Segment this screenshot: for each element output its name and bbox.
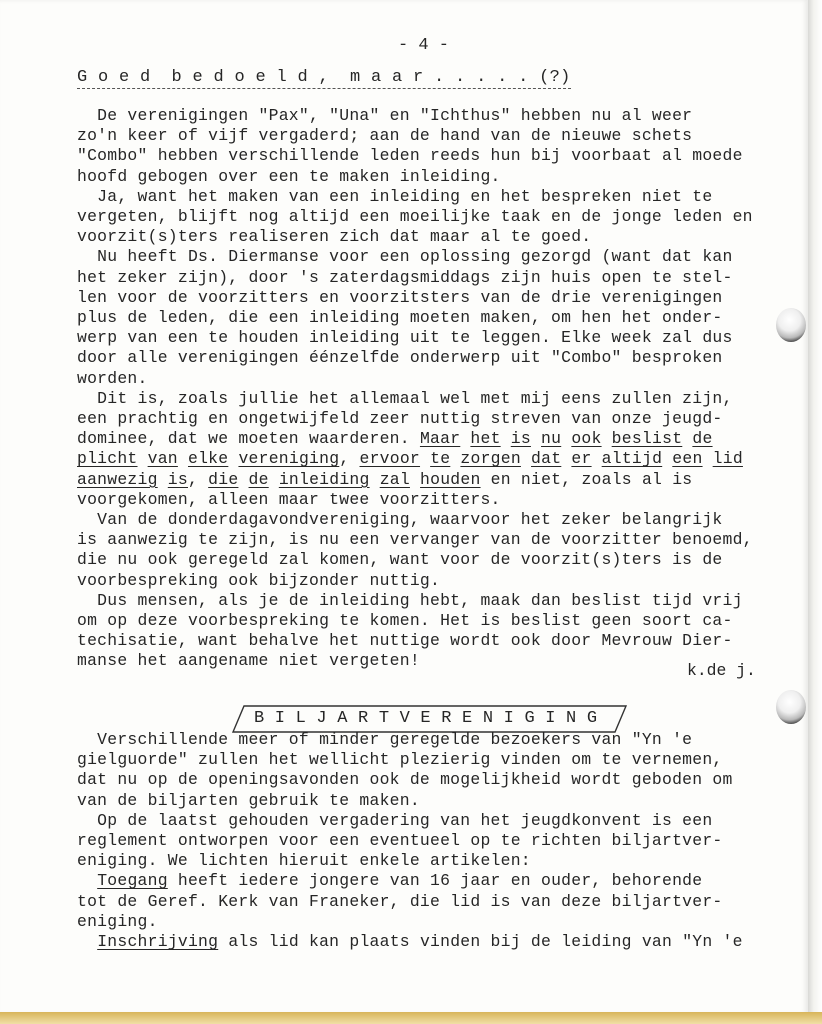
text-line: zo'n keer of vijf vergaderd; aan de hand… [77, 126, 753, 146]
text-line: "Combo" hebben verschillende leden reeds… [77, 146, 753, 166]
text-line: voorbespreking ook bijzonder nuttig. [77, 571, 753, 591]
punch-hole [776, 308, 806, 342]
text-line: die nu ook geregeld zal komen, want voor… [77, 550, 753, 570]
text-line: Dus mensen, als je de inleiding hebt, ma… [77, 591, 753, 611]
text-line: dat nu op de openingsavonden ook de moge… [77, 770, 743, 790]
text-line: is aanwezig te zijn, is nu een vervanger… [77, 530, 753, 550]
text-line: Nu heeft Ds. Diermanse voor een oplossin… [77, 247, 753, 267]
text-line: Dit is, zoals jullie het allemaal wel me… [77, 389, 753, 409]
text-line: aanwezig is, die de inleiding zal houden… [77, 470, 753, 490]
text-line: van de biljarten gebruik te maken. [77, 791, 743, 811]
punch-hole [776, 690, 806, 724]
text-line: hoofd gebogen over een te maken inleidin… [77, 167, 753, 187]
text-line: Op de laatst gehouden vergadering van he… [77, 811, 743, 831]
text-line: gielguorde" zullen het wellicht plezieri… [77, 750, 743, 770]
page-number: - 4 - [398, 36, 449, 55]
binder-edge [0, 1012, 822, 1024]
text-line: dominee, dat we moeten waarderen. Maar h… [77, 429, 753, 449]
text-line: plus de leden, die een inleiding moeten … [77, 308, 753, 328]
article-title: G o e d b e d o e l d , m a a r . . . . … [77, 68, 571, 89]
text-line: Ja, want het maken van een inleiding en … [77, 187, 753, 207]
text-line: werp van een te houden inleiding uit te … [77, 328, 753, 348]
text-line: een prachtig en ongetwijfeld zeer nuttig… [77, 409, 753, 429]
article-body: De verenigingen "Pax", "Una" en "Ichthus… [77, 106, 753, 672]
text-line: eniging. [77, 912, 743, 932]
text-line: manse het aangename niet vergeten! [77, 651, 753, 671]
text-line: reglement ontworpen voor een eventueel o… [77, 831, 743, 851]
text-line: len voor de voorzitters en voorzitsters … [77, 288, 753, 308]
text-line: voorgekomen, alleen maar twee voorzitter… [77, 490, 753, 510]
text-line: voorzit(s)ters realiseren zich dat maar … [77, 227, 753, 247]
text-line: vergeten, blijft nog altijd een moeilijk… [77, 207, 753, 227]
text-line: plicht van elke vereniging, ervoor te zo… [77, 449, 753, 469]
page-edge [808, 0, 822, 1024]
author-signature: k.de j. [687, 661, 756, 680]
article-body: Verschillende meer of minder geregelde b… [77, 730, 743, 952]
section-heading: B I L J A R T V E R E N I G I N G [232, 705, 627, 733]
text-line: Verschillende meer of minder geregelde b… [77, 730, 743, 750]
text-line: worden. [77, 369, 753, 389]
text-line: Van de donderdagavondvereniging, waarvoo… [77, 510, 753, 530]
text-line: Toegang heeft iedere jongere van 16 jaar… [77, 871, 743, 891]
section-heading-text: B I L J A R T V E R E N I G I N G [254, 709, 597, 728]
text-line: eniging. We lichten hieruit enkele artik… [77, 851, 743, 871]
text-line: Inschrijving als lid kan plaats vinden b… [77, 932, 743, 952]
text-line: door alle verenigingen éénzelfde onderwe… [77, 348, 753, 368]
text-line: om op deze voorbespreking te komen. Het … [77, 611, 753, 631]
text-line: tot de Geref. Kerk van Franeker, die lid… [77, 892, 743, 912]
text-line: het zeker zijn), door 's zaterdagsmiddag… [77, 268, 753, 288]
text-line: techisatie, want behalve het nuttige wor… [77, 631, 753, 651]
text-line: De verenigingen "Pax", "Una" en "Ichthus… [77, 106, 753, 126]
